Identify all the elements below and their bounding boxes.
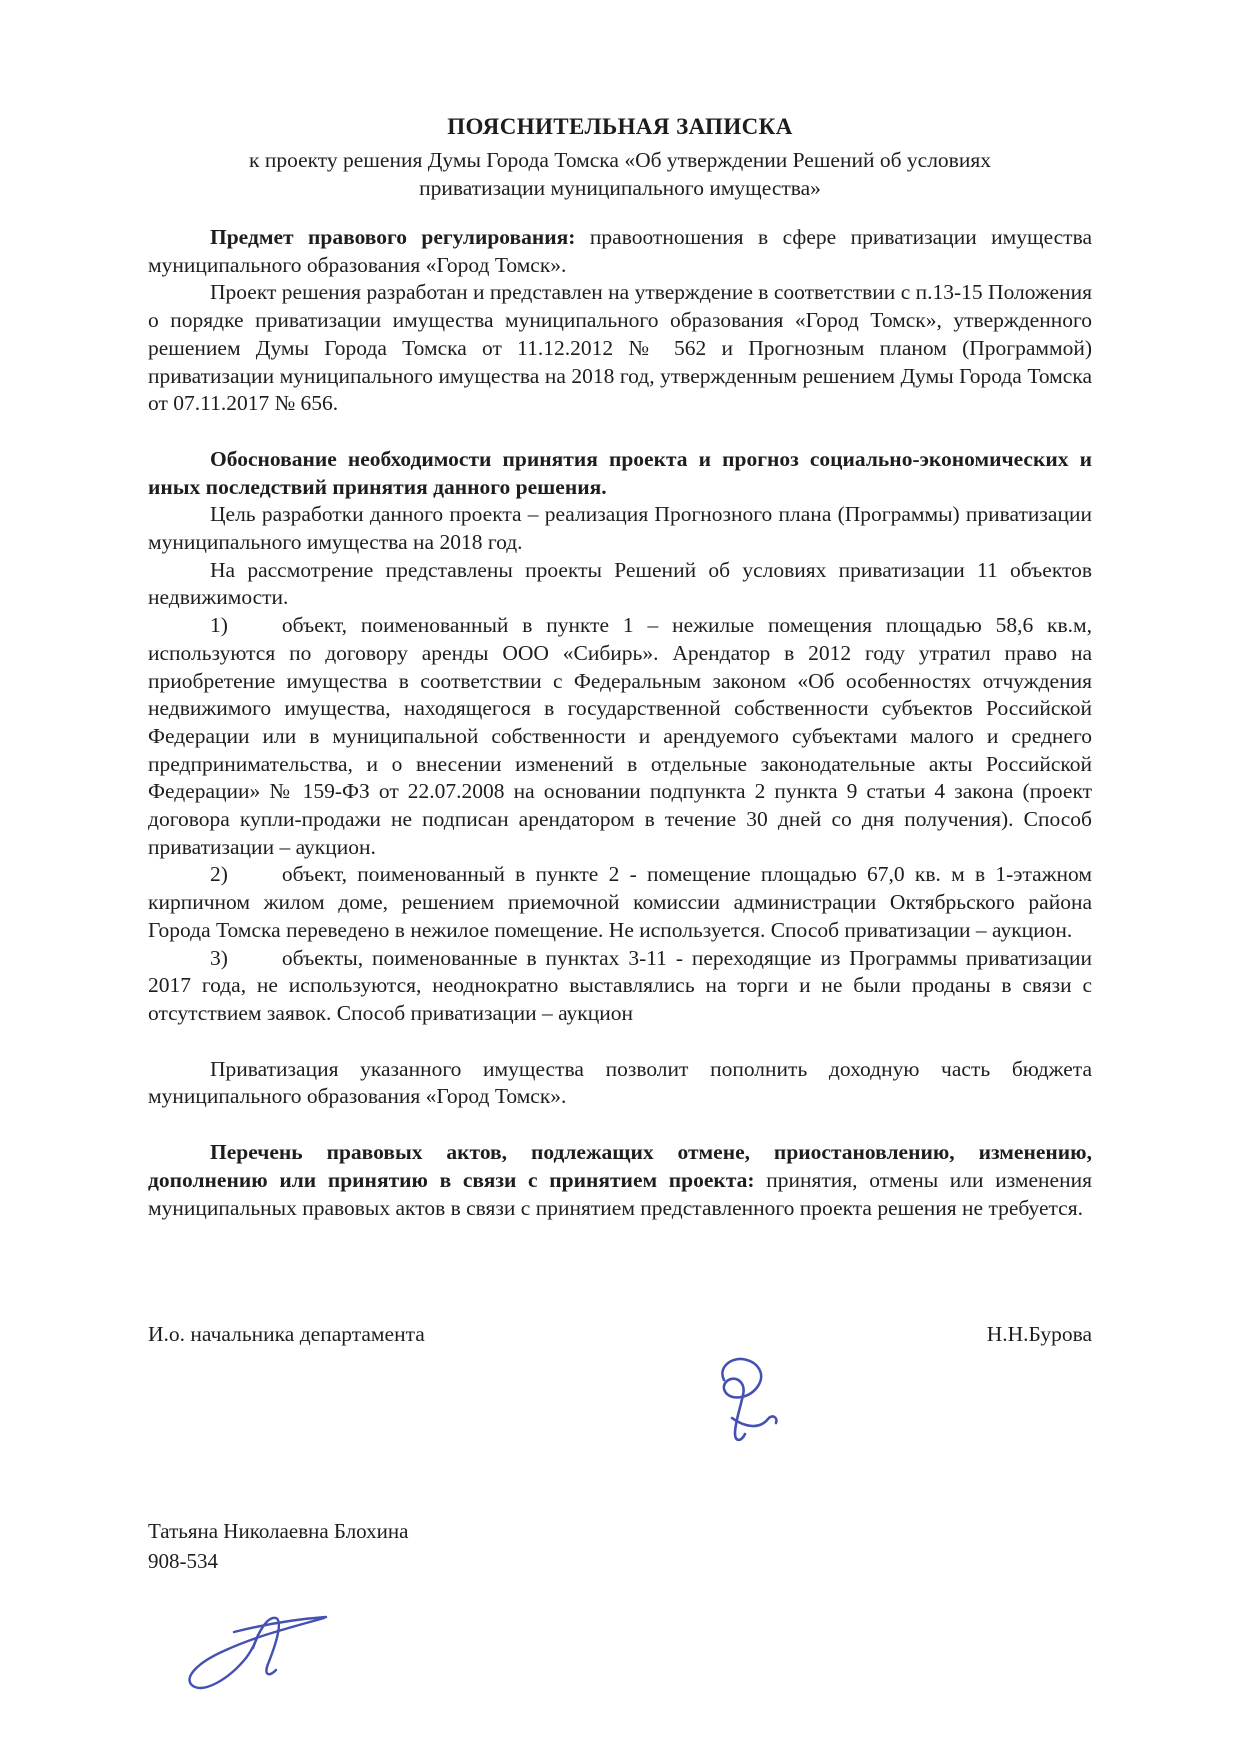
paragraph-legal-acts: Перечень правовых актов, подлежащих отме… xyxy=(148,1139,1092,1222)
section-heading-justification: Обоснование необходимости принятия проек… xyxy=(148,446,1092,501)
signature-row: И.о. начальника департамента Н.Н.Бурова xyxy=(148,1320,1092,1348)
list-item-number: 3) xyxy=(210,946,228,970)
paragraph-goal: Цель разработки данного проекта – реализ… xyxy=(148,501,1092,556)
footer-contact-name: Татьяна Николаевна Блохина xyxy=(148,1516,1092,1546)
list-item-text: объект, поименованный в пункте 1 – нежил… xyxy=(148,613,1092,859)
handwritten-signature-icon xyxy=(178,1608,338,1698)
list-item: 3)объекты, поименованные в пунктах 3-11 … xyxy=(148,945,1092,1028)
list-item-text: объект, поименованный в пункте 2 - помещ… xyxy=(148,862,1092,941)
page-title: ПОЯСНИТЕЛЬНАЯ ЗАПИСКА xyxy=(148,112,1092,142)
list-item-number: 2) xyxy=(210,862,228,886)
footer-contact: Татьяна Николаевна Блохина 908-534 xyxy=(148,1516,1092,1576)
list-item: 2)объект, поименованный в пункте 2 - пом… xyxy=(148,861,1092,944)
list-item-text: объекты, поименованные в пунктах 3-11 - … xyxy=(148,946,1092,1025)
signer-name: Н.Н.Бурова xyxy=(987,1320,1092,1348)
list-item: 1)объект, поименованный в пункте 1 – неж… xyxy=(148,612,1092,861)
document-body: ПОЯСНИТЕЛЬНАЯ ЗАПИСКА к проекту решения … xyxy=(148,112,1092,1576)
paragraph-subject: Предмет правового регулирования: правоот… xyxy=(148,224,1092,279)
paragraph-submitted: На рассмотрение представлены проекты Реш… xyxy=(148,557,1092,612)
document-page: ПОЯСНИТЕЛЬНАЯ ЗАПИСКА к проекту решения … xyxy=(0,0,1240,1753)
list-item-number: 1) xyxy=(210,613,228,637)
paragraph-budget: Приватизация указанного имущества позвол… xyxy=(148,1056,1092,1111)
signer-position-title: И.о. начальника департамента xyxy=(148,1320,425,1348)
paragraph-basis: Проект решения разработан и представлен … xyxy=(148,279,1092,418)
page-subtitle: к проекту решения Думы Города Томска «Об… xyxy=(186,146,1054,202)
footer-phone: 908-534 xyxy=(148,1546,1092,1576)
paragraph-subject-lead: Предмет правового регулирования: xyxy=(210,225,575,249)
handwritten-signature-icon xyxy=(700,1346,810,1456)
